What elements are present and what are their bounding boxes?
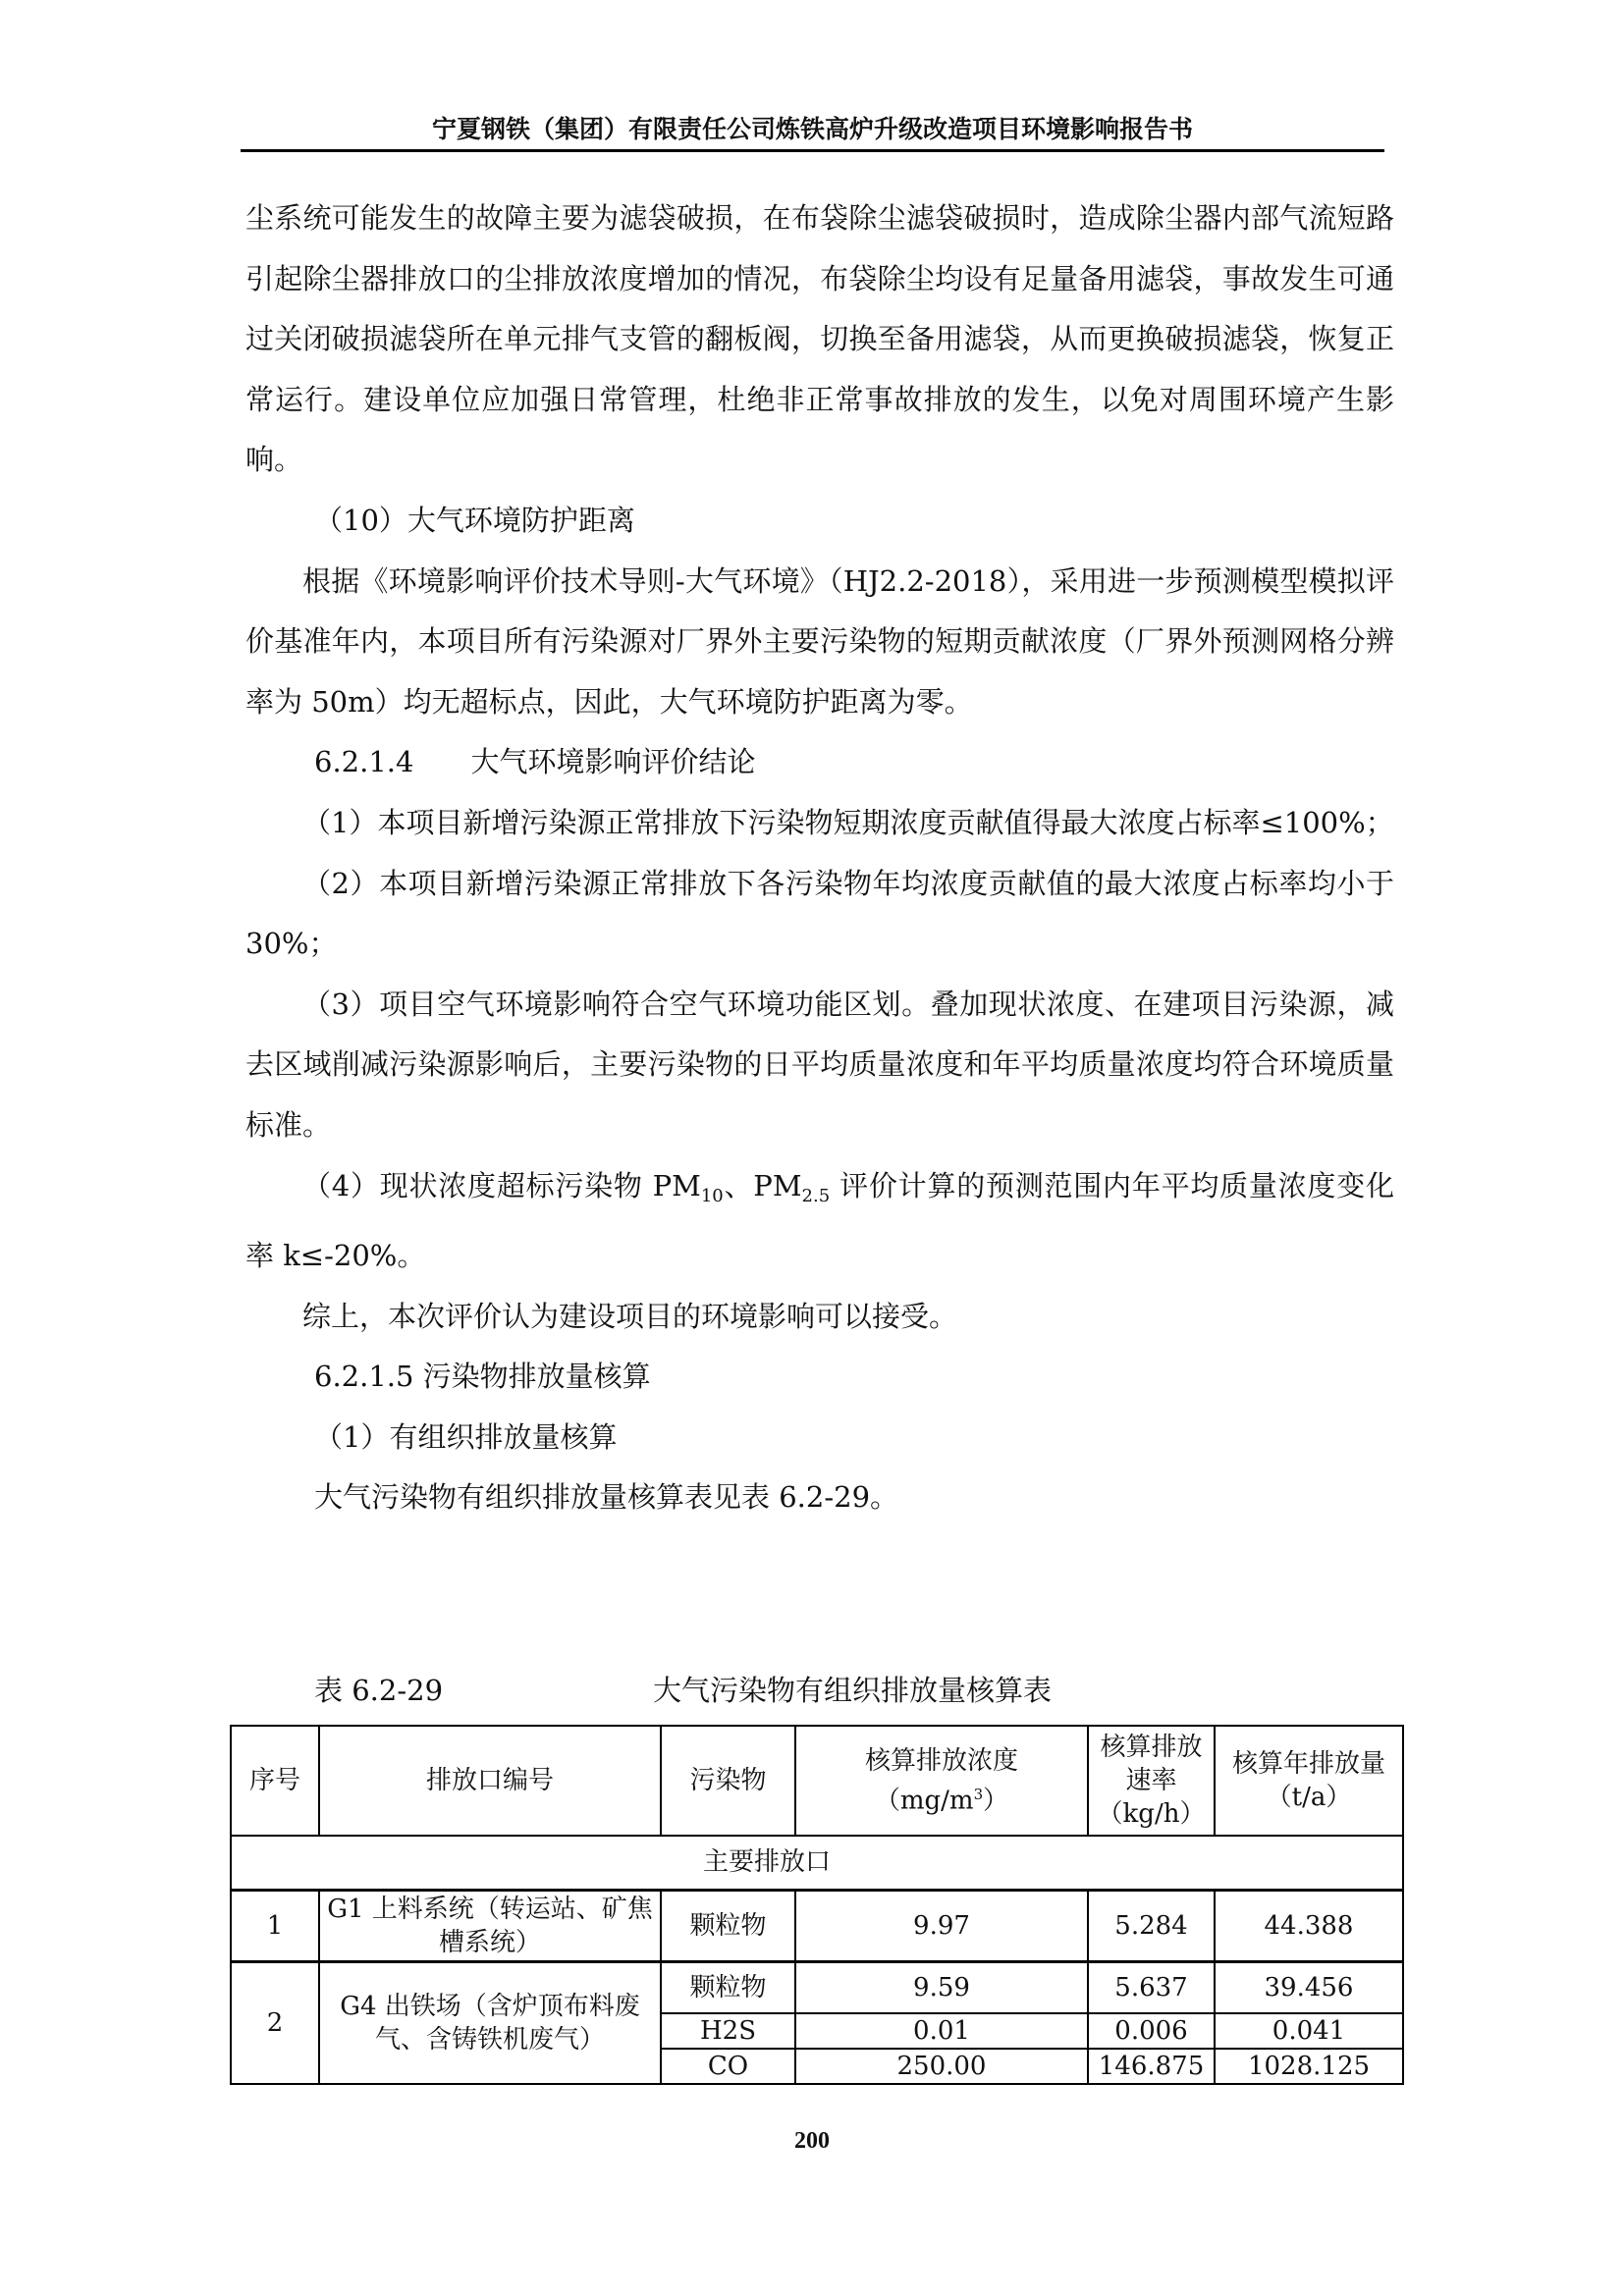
- cell-pollutant: 颗粒物: [661, 1890, 795, 1961]
- col-header-rate-unit: （kg/h）: [1095, 1797, 1208, 1831]
- cell-concentration: 0.01: [795, 2013, 1088, 2049]
- conclusion-2: （2）本项目新增污染源正常排放下各污染物年均浓度贡献值的最大浓度占标率均小于 3…: [245, 854, 1394, 975]
- table-header-row: 序号 排放口编号 污染物 核算排放浓度 （mg/m3） 核算排放速率 （kg/h…: [231, 1726, 1403, 1836]
- cell-seq: 2: [231, 1961, 319, 2084]
- table-reference: 大气污染物有组织排放量核算表见表 6.2-29。: [245, 1468, 1394, 1528]
- cell-concentration: 250.00: [795, 2049, 1088, 2084]
- table-caption-title: 大气污染物有组织排放量核算表: [653, 1669, 1052, 1709]
- cell-pollutant: 颗粒物: [661, 1961, 795, 2013]
- pm10-subscript: 10: [701, 1186, 724, 1206]
- cell-outlet: G4 出铁场（含炉顶布料废气、含铸铁机废气）: [319, 1961, 661, 2084]
- heading-protection-distance: （10）大气环境防护距离: [245, 491, 1394, 552]
- col-header-rate: 核算排放速率 （kg/h）: [1088, 1726, 1215, 1836]
- cell-rate: 146.875: [1088, 2049, 1215, 2084]
- header-rule: [241, 149, 1384, 152]
- cell-rate: 0.006: [1088, 2013, 1215, 2049]
- cell-outlet: G1 上料系统（转运站、矿焦槽系统）: [319, 1890, 661, 1961]
- cell-rate: 5.637: [1088, 1961, 1215, 2013]
- col-header-annual: 核算年排放量（t/a）: [1215, 1726, 1403, 1836]
- col-header-concentration-unit: （mg/m3）: [802, 1778, 1081, 1818]
- heading-organized-emission: （1）有组织排放量核算: [245, 1408, 1394, 1468]
- pm25-subscript: 2.5: [802, 1186, 831, 1206]
- conclusion-4-pre: （4）现状浓度超标污染物 PM: [302, 1169, 701, 1202]
- cell-pollutant: CO: [661, 2049, 795, 2084]
- document-header-title: 宁夏钢铁（集团）有限责任公司炼铁高炉升级改造项目环境影响报告书: [241, 110, 1384, 145]
- col-header-seq: 序号: [231, 1726, 319, 1836]
- conc-unit-close: ）: [983, 1786, 1008, 1815]
- cell-annual: 0.041: [1215, 2013, 1403, 2049]
- body-text: 尘系统可能发生的故障主要为滤袋破损，在布袋除尘滤袋破损时，造成除尘器内部气流短路…: [245, 188, 1394, 1528]
- conclusion-4-mid: 、PM: [724, 1169, 802, 1202]
- cell-rate: 5.284: [1088, 1890, 1215, 1961]
- cell-annual: 1028.125: [1215, 2049, 1403, 2084]
- table-row: 2 G4 出铁场（含炉顶布料废气、含铸铁机废气） 颗粒物 9.59 5.637 …: [231, 1961, 1403, 2013]
- cell-concentration: 9.59: [795, 1961, 1088, 2013]
- cell-annual: 39.456: [1215, 1961, 1403, 2013]
- table-row: 1 G1 上料系统（转运站、矿焦槽系统） 颗粒物 9.97 5.284 44.3…: [231, 1890, 1403, 1961]
- conc-unit-text: （mg/m: [875, 1786, 974, 1815]
- conclusion-1: （1）本项目新增污染源正常排放下污染物短期浓度贡献值得最大浓度占标率≤100%；: [245, 793, 1394, 854]
- emission-table: 序号 排放口编号 污染物 核算排放浓度 （mg/m3） 核算排放速率 （kg/h…: [230, 1725, 1404, 2085]
- table-caption-number: 表 6.2-29: [314, 1669, 443, 1709]
- col-header-outlet: 排放口编号: [319, 1726, 661, 1836]
- col-header-concentration-label: 核算排放浓度: [802, 1744, 1081, 1778]
- cell-annual: 44.388: [1215, 1890, 1403, 1961]
- summary-paragraph: 综上，本次评价认为建设项目的环境影响可以接受。: [245, 1287, 1394, 1348]
- conclusion-4: （4）现状浓度超标污染物 PM10、PM2.5 评价计算的预测范围内年平均质量浓…: [245, 1156, 1394, 1287]
- cell-seq: 1: [231, 1890, 319, 1961]
- section-heading-6-2-1-4: 6.2.1.4 大气环境影响评价结论: [245, 732, 1394, 793]
- col-header-rate-label: 核算排放速率: [1095, 1731, 1208, 1797]
- conclusion-3: （3）项目空气环境影响符合空气环境功能区划。叠加现状浓度、在建项目污染源，减去区…: [245, 975, 1394, 1156]
- paragraph-dust-failure: 尘系统可能发生的故障主要为滤袋破损，在布袋除尘滤袋破损时，造成除尘器内部气流短路…: [245, 188, 1394, 491]
- group-main-outlets: 主要排放口: [231, 1836, 1403, 1890]
- conc-unit-superscript: 3: [974, 1786, 984, 1803]
- page-number: 200: [0, 2128, 1624, 2155]
- paragraph-protection-distance: 根据《环境影响评价技术导则-大气环境》（HJ2.2-2018），采用进一步预测模…: [245, 552, 1394, 733]
- cell-concentration: 9.97: [795, 1890, 1088, 1961]
- col-header-pollutant: 污染物: [661, 1726, 795, 1836]
- table-group-row: 主要排放口: [231, 1836, 1403, 1890]
- section-heading-6-2-1-5: 6.2.1.5 污染物排放量核算: [245, 1347, 1394, 1408]
- col-header-concentration: 核算排放浓度 （mg/m3）: [795, 1726, 1088, 1836]
- cell-pollutant: H2S: [661, 2013, 795, 2049]
